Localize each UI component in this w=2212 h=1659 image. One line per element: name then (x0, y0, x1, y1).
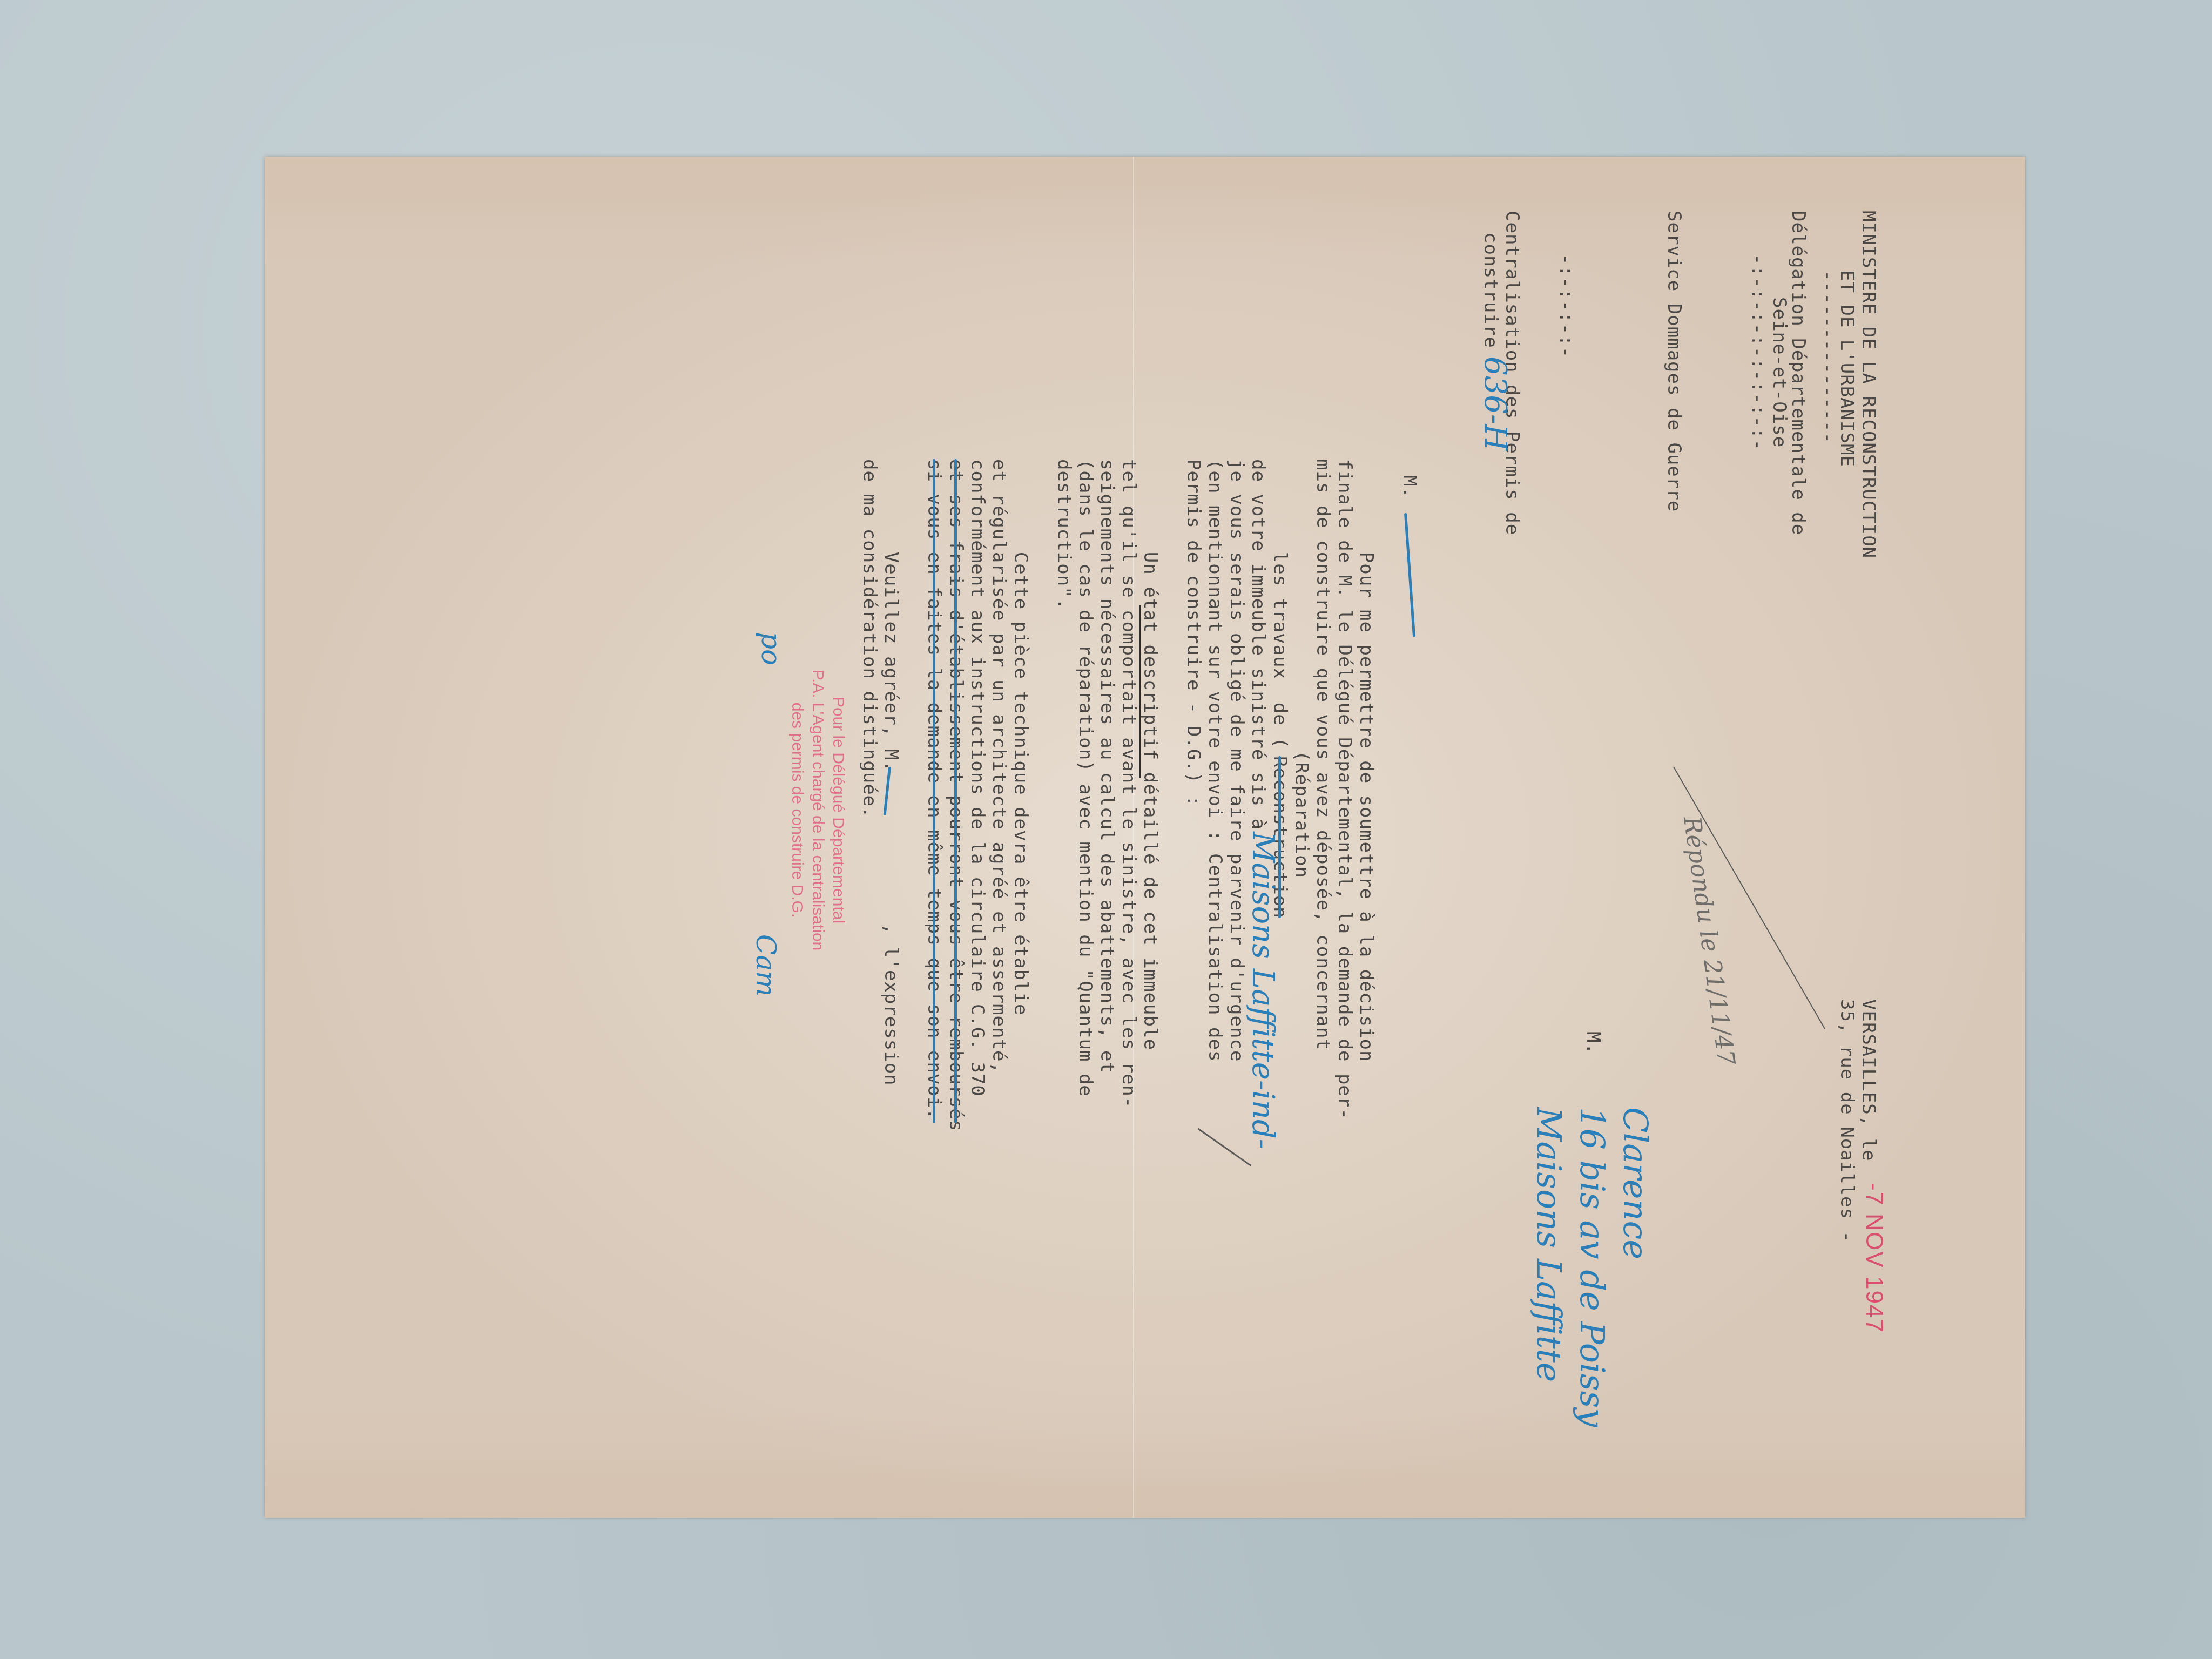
letterhead-dots-1: -:-:-:-:-:-:-:-:- (1747, 254, 1769, 451)
letterhead-dots-2: -:-:-:-:- (1555, 254, 1577, 358)
salutation-prefix: M. (1399, 475, 1420, 498)
centralisation-line-2: construire (1480, 232, 1501, 348)
body-p1-line-1: Pour me permettre de soumettre à la déci… (1355, 459, 1377, 1062)
body-p3-line-2: tel qu'il se comportait avant le sinistr… (1118, 459, 1139, 1108)
file-number: 636-H (1478, 356, 1512, 451)
signature-stamp-line-3: des permis de construire D.G. (787, 621, 807, 999)
body-p4-line-3: conformément aux instructions de la circ… (967, 459, 988, 1097)
pencil-check-mark (1198, 1128, 1252, 1166)
body-p2-line-2: (en mentionnant sur votre envoi : Centra… (1204, 459, 1226, 1062)
delegation-line-1: Délégation Départementale de (1788, 211, 1809, 535)
property-location-handwritten: Maisons Laffitte-ind- (1245, 832, 1280, 1149)
closing-handwritten-stroke (884, 767, 891, 815)
property-line-prefix: de votre immeuble sinistré sis à (1247, 459, 1269, 830)
salutation-handwritten-stroke (1404, 513, 1415, 637)
strikethrough-line-2 (933, 459, 935, 1123)
letterhead-divider: --------------- (1817, 270, 1839, 444)
body-p4-line-1: Cette pièce technique devra être établie (1010, 459, 1031, 1016)
delegation-line-2: Seine-et-Oise (1769, 297, 1790, 448)
date-stamp: -7 NOV 1947 (1864, 1183, 1884, 1333)
body-p1-line-2: finale de M. le Délégué Départemental, l… (1334, 459, 1355, 1120)
signature-stamp-line-1: Pour le Délégué Départemental (828, 621, 848, 999)
works-prefix: les travaux de ( (1269, 459, 1291, 749)
body-p1-line-3: mis de construire que vous avez déposée,… (1312, 459, 1334, 1050)
addressee-prefix: M. (1582, 1031, 1604, 1055)
body-p4-line-2: et régularisée par un architecte agréé e… (988, 459, 1010, 1074)
service-label: Service Dommages de Guerre (1663, 211, 1685, 512)
body-p2-line-3: Permis de construire - D.G.) : (1183, 459, 1204, 807)
body-p3-line-5: destruction". (1053, 459, 1075, 610)
closing-line-2: de ma considération distinguée. (859, 459, 880, 819)
closing-line-1-prefix: Veuillez agréer, M. (880, 459, 902, 772)
addressee-address-line-2: Maisons Laffitte (1532, 1107, 1566, 1382)
pencil-note: Répondu le 21/11/47 (1678, 815, 1740, 1067)
office-address: 35, rue de Noailles - (1836, 999, 1858, 1243)
letter-page: MINISTERE DE LA RECONSTRUCTION ET DE L'U… (265, 157, 2025, 1518)
ministry-line-2: ET DE L'URBANISME (1836, 270, 1858, 467)
body-p3-line-1: Un état descriptif détaillé de cet immeu… (1139, 459, 1161, 1050)
signature-stamp-line-2: P.A. L'Agent chargé de la centralisation (808, 621, 827, 999)
ministry-line-1: MINISTERE DE LA RECONSTRUCTION (1858, 211, 1879, 558)
body-p3-line-4: (dans le cas de réparation) avec mention… (1075, 459, 1096, 1097)
signature-initials-po: po (754, 632, 788, 665)
addressee-name: Clarence (1618, 1107, 1653, 1259)
addressee-address-line-1: 16 bis av de Poissy (1575, 1107, 1609, 1427)
closing-line-1-suffix: , l'expression (880, 923, 902, 1086)
strikethrough-line-1 (954, 459, 957, 1123)
body-p2-line-1: je vous serais obligé de me faire parven… (1226, 459, 1247, 1062)
repair-label: (Réparation (1291, 751, 1312, 878)
city-prefix: VERSAILLES, le (1858, 999, 1879, 1162)
body-p3-line-3: seignements nécessaires au calcul des ab… (1096, 459, 1118, 1074)
signature: Cam (748, 934, 783, 996)
